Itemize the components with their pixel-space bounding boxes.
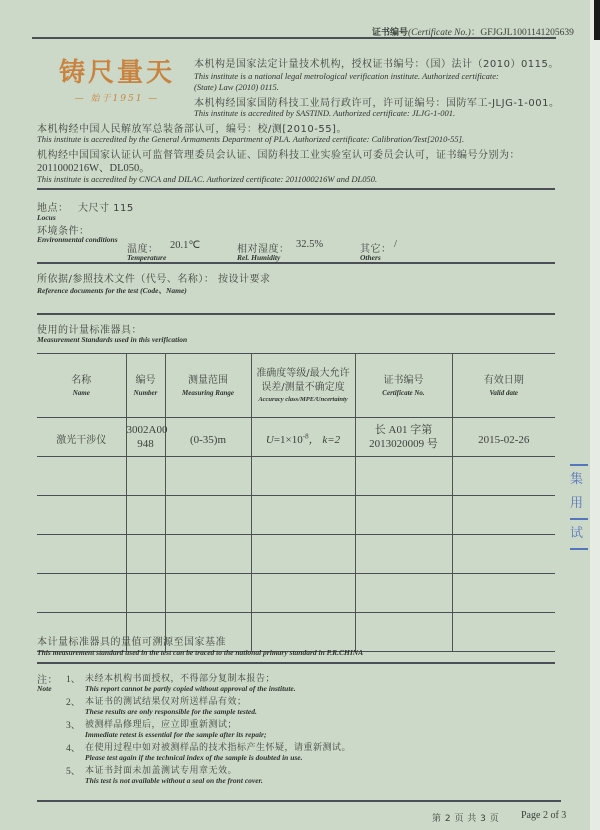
institute-line1-cn: 本机构是国家法定计量技术机构，授权证书编号：（国）法计（2010）0115。 (194, 55, 559, 70)
notes-label-en: Note (37, 684, 52, 693)
humidity-value: 32.5% (296, 239, 323, 250)
certificate-number-line: 证书编号(Certificate No.)：GFJGJL100114120563… (372, 24, 574, 38)
standards-table: 名称Name 编号Number 测量范围Measuring Range 准确度等… (37, 353, 555, 652)
column-header-name: 名称Name (37, 354, 126, 418)
locus-label-en: Locus (37, 213, 56, 222)
institute-line2-cn: 本机构经国家国防科技工业局行政许可，许可证编号：国防军工-JLJG-1-001。 (194, 94, 560, 109)
column-header-number: 编号Number (126, 354, 165, 418)
section-divider-1 (37, 188, 555, 190)
standards-title: 使用的计量标准器具： (37, 321, 142, 336)
note-item-cn: 在使用过程中如对被测样品的技术指标产生怀疑，请重新测试。 (85, 740, 351, 753)
reference-label: 所依据/参照技术文件（代号、名称）： (37, 270, 214, 285)
cell-accuracy: U=1×10-8， k=2 (251, 418, 355, 457)
table-header-row: 名称Name 编号Number 测量范围Measuring Range 准确度等… (37, 354, 555, 418)
institute-line3-en: This institute is accredited by the Gene… (37, 134, 464, 144)
table-row-empty (37, 574, 555, 613)
institute-line4-cn: 机构经中国国家认证认可监督管理委员会认证、国防科技工业实验室认可委员会认可，证书… (37, 146, 520, 161)
env-label-en: Environmental conditions (37, 235, 118, 244)
note-number: 5、 (66, 763, 80, 777)
column-header-valid-date: 有效日期Valid date (452, 354, 555, 418)
table-row-empty (37, 457, 555, 496)
note-item-cn: 本证书的测试结果仅对所送样品有效； (85, 694, 247, 707)
section-divider-4 (37, 662, 555, 664)
institute-line1-en: This institute is a national legal metro… (194, 71, 499, 81)
cell-number: 3002A00948 (126, 418, 165, 457)
note-item-en: Immediate retest is essential for the sa… (85, 730, 266, 739)
traceability-en: This measurement standard used in the te… (37, 648, 363, 657)
cell-certificate: 长 A01 字第2013020009 号 (355, 418, 452, 457)
table-row-empty (37, 535, 555, 574)
note-item-en: Please test again if the technical index… (85, 753, 303, 762)
table-row-empty (37, 496, 555, 535)
traceability-cn: 本计量标准器具的量值可溯源至国家基准 (37, 633, 226, 648)
note-item-en: These results are only responsible for t… (85, 707, 257, 716)
others-value: / (394, 239, 397, 250)
institute-line1-en2: (State) Law (2010) 0115. (194, 82, 279, 92)
logo-since: — 始于1951 — (52, 91, 182, 104)
column-header-certificate: 证书编号Certificate No. (355, 354, 452, 418)
temperature-value: 20.1℃ (170, 239, 200, 251)
institute-line4-cn2: 2011000216W、DL050。 (37, 160, 150, 175)
cell-valid-date: 2015-02-26 (452, 418, 555, 457)
seal-stamp: 集 用 试 (570, 462, 590, 574)
logo-title: 铸尺量天 (52, 52, 182, 89)
table-row: 激光干涉仪 3002A00948 (0-35)m U=1×10-8， k=2 长… (37, 418, 555, 457)
note-item-cn: 被测样品修理后，应立即重新测试； (85, 717, 237, 730)
locus-label: 地点： (37, 199, 69, 214)
institute-line2-en: This institute is accredited by SASTIND.… (194, 108, 455, 118)
page-edge (590, 0, 600, 830)
column-header-range: 测量范围Measuring Range (165, 354, 251, 418)
temperature-label-en: Temperature (127, 253, 166, 262)
column-header-accuracy: 准确度等级/最大允许误差/测量不确定度Accuracy class/MPE/Un… (251, 354, 355, 418)
note-number: 2、 (66, 694, 80, 708)
standards-title-en: Measurement Standards used in this verif… (37, 335, 187, 344)
section-divider-3 (37, 313, 555, 315)
note-item-en: This test is not available without a sea… (85, 776, 263, 785)
note-number: 3、 (66, 717, 80, 731)
cell-range: (0-35)m (165, 418, 251, 457)
scan-edge-shadow (594, 0, 600, 40)
note-item-en: This report cannot be partly copied with… (85, 684, 296, 693)
page-number-en: Page 2 of 3 (521, 810, 566, 821)
cell-name: 激光干涉仪 (37, 418, 126, 457)
locus-value: 大尺寸 115 (78, 199, 134, 214)
note-item-cn: 本证书封面未加盖测试专用章无效。 (85, 763, 237, 776)
logo: 铸尺量天 — 始于1951 — (52, 52, 182, 112)
note-item-cn: 未经本机构书面授权，不得部分复制本报告； (85, 671, 275, 684)
footer-divider (37, 800, 561, 802)
section-divider-2 (37, 262, 555, 264)
institute-line4-en: This institute is accredited by CNCA and… (37, 174, 377, 184)
reference-value: 按设计要求 (218, 270, 271, 285)
header-divider (32, 37, 556, 39)
humidity-label-en: Rel. Humidity (237, 253, 280, 262)
institute-line3-cn: 本机构经中国人民解放军总装备部认可，编号：校/测[2010-55]。 (37, 120, 347, 135)
others-label-en: Others (360, 253, 381, 262)
page-number-cn: 第 2 页 共 3 页 (432, 811, 499, 824)
note-number: 1、 (66, 671, 80, 685)
reference-label-en: Reference documents for the test (Code、N… (37, 285, 187, 296)
note-number: 4、 (66, 740, 80, 754)
